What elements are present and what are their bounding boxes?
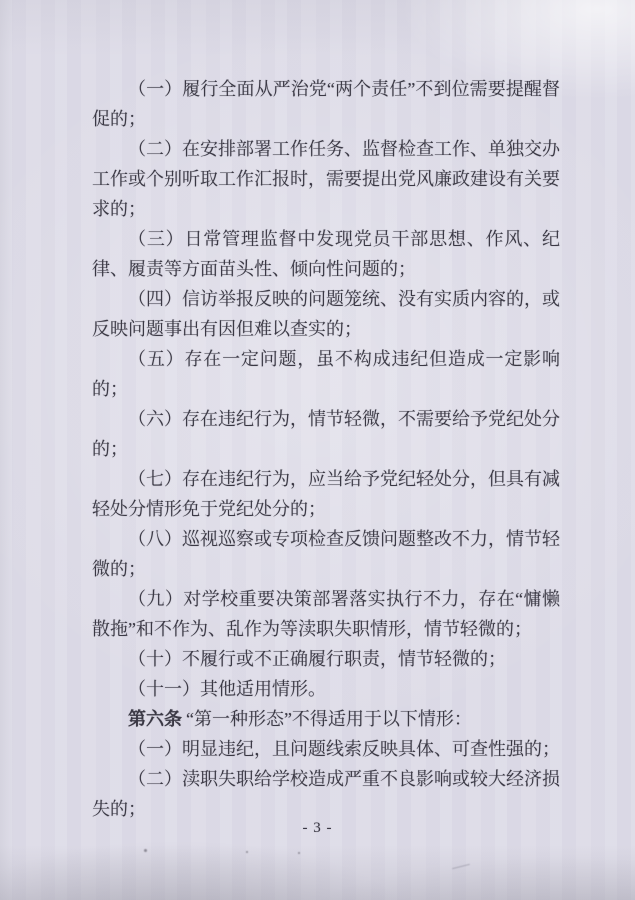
- scanned-page: （一）履行全面从严治党“两个责任”不到位需要提醒督促的；（二）在安排部署工作任务…: [0, 0, 635, 900]
- page-number: - 3 -: [0, 820, 635, 837]
- paragraph: （一）明显违纪，且问题线索反映具体、可查性强的；: [92, 734, 560, 764]
- paragraph: （六）存在违纪行为，情节轻微，不需要给予党纪处分的；: [92, 404, 560, 464]
- dust-speck: [246, 851, 248, 853]
- paragraph: （九）对学校重要决策部署落实执行不力，存在“慵懒散拖”和不作为、乱作为等渎职失职…: [92, 584, 560, 644]
- article-number: 第六条: [128, 709, 182, 729]
- paragraph: （五）存在一定问题，虽不构成违纪但造成一定影响的；: [92, 344, 560, 404]
- paragraph: 第六条“第一种形态”不得适用于以下情形：: [92, 704, 560, 734]
- paragraph: （七）存在违纪行为，应当给予党纪轻处分，但具有减轻处分情形免于党纪处分的；: [92, 464, 560, 524]
- paragraph: （十）不履行或不正确履行职责，情节轻微的；: [92, 644, 560, 674]
- paragraph: （二）在安排部署工作任务、监督检查工作、单独交办工作或个别听取工作汇报时，需要提…: [92, 134, 560, 224]
- document-body: （一）履行全面从严治党“两个责任”不到位需要提醒督促的；（二）在安排部署工作任务…: [92, 74, 560, 824]
- paragraph: （十一）其他适用情形。: [92, 674, 560, 704]
- paragraph: （三）日常管理监督中发现党员干部思想、作风、纪律、履责等方面苗头性、倾向性问题的…: [92, 224, 560, 284]
- paragraph: （二）渎职失职给学校造成严重不良影响或较大经济损失的；: [92, 764, 560, 824]
- paragraph: （四）信访举报反映的问题笼统、没有实质内容的，或反映问题事出有因但难以查实的；: [92, 284, 560, 344]
- paragraph: （一）履行全面从严治党“两个责任”不到位需要提醒督促的；: [92, 74, 560, 134]
- dust-speck: [298, 852, 300, 854]
- dust-speck: [144, 849, 147, 852]
- paragraph: （八）巡视巡察或专项检查反馈问题整改不力，情节轻微的；: [92, 524, 560, 584]
